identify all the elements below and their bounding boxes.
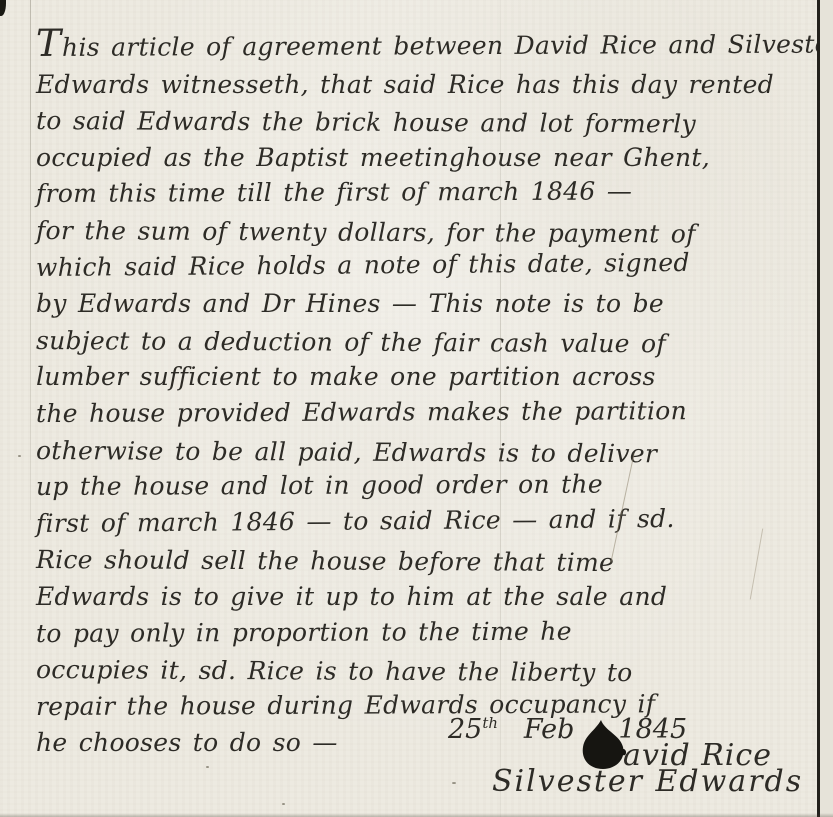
paper-speck bbox=[18, 455, 21, 457]
scan-edge-rule bbox=[817, 0, 820, 817]
handwriting-block: This article of agreement between David … bbox=[0, 0, 833, 817]
date-day: 25 bbox=[448, 714, 482, 745]
handwriting-line-2: Edwards witnesseth, that said Rice has t… bbox=[36, 67, 775, 104]
handwriting-line-1: This article of agreement between David … bbox=[36, 22, 775, 67]
date-month: Feb bbox=[524, 714, 575, 745]
handwriting-line-15: Rice should sell the house before that t… bbox=[36, 542, 775, 582]
handwriting-line-13: up the house and lot in good order on th… bbox=[36, 466, 775, 506]
handwriting-line-14: first of march 1846 — to said Rice — and… bbox=[36, 500, 775, 542]
handwriting-line-10: lumber sufficient to make one partition … bbox=[36, 359, 775, 396]
handwriting-line-17: to pay only in proportion to the time he bbox=[36, 612, 775, 652]
date-day-suffix: th bbox=[482, 714, 498, 732]
signature-silvester-edwards: Silvester Edwards bbox=[492, 764, 803, 799]
paper-speck bbox=[282, 803, 285, 805]
handwriting-line-16: Edwards is to give it up to him at the s… bbox=[36, 579, 775, 616]
document-page: This article of agreement between David … bbox=[0, 0, 833, 817]
handwriting-line-11: the house provided Edwards makes the par… bbox=[36, 393, 775, 433]
handwriting-line-4: occupied as the Baptist meetinghouse nea… bbox=[36, 140, 775, 177]
paper-speck bbox=[452, 782, 456, 784]
scan-edge-bottom bbox=[0, 813, 833, 817]
fold-crease-center bbox=[500, 0, 501, 817]
scan-edge-strip bbox=[820, 0, 833, 817]
handwriting-line-3: to said Edwards the brick house and lot … bbox=[36, 103, 775, 143]
handwriting-line-7: which said Rice holds a note of this dat… bbox=[36, 244, 775, 286]
paper-speck bbox=[206, 766, 209, 768]
handwriting-line-8: by Edwards and Dr Hines — This note is t… bbox=[36, 286, 775, 323]
handwriting-line-9: subject to a deduction of the fair cash … bbox=[36, 323, 775, 363]
ink-blot bbox=[578, 719, 628, 771]
fold-crease-left bbox=[30, 0, 31, 520]
handwriting-line-5: from this time till the first of march 1… bbox=[36, 173, 775, 213]
